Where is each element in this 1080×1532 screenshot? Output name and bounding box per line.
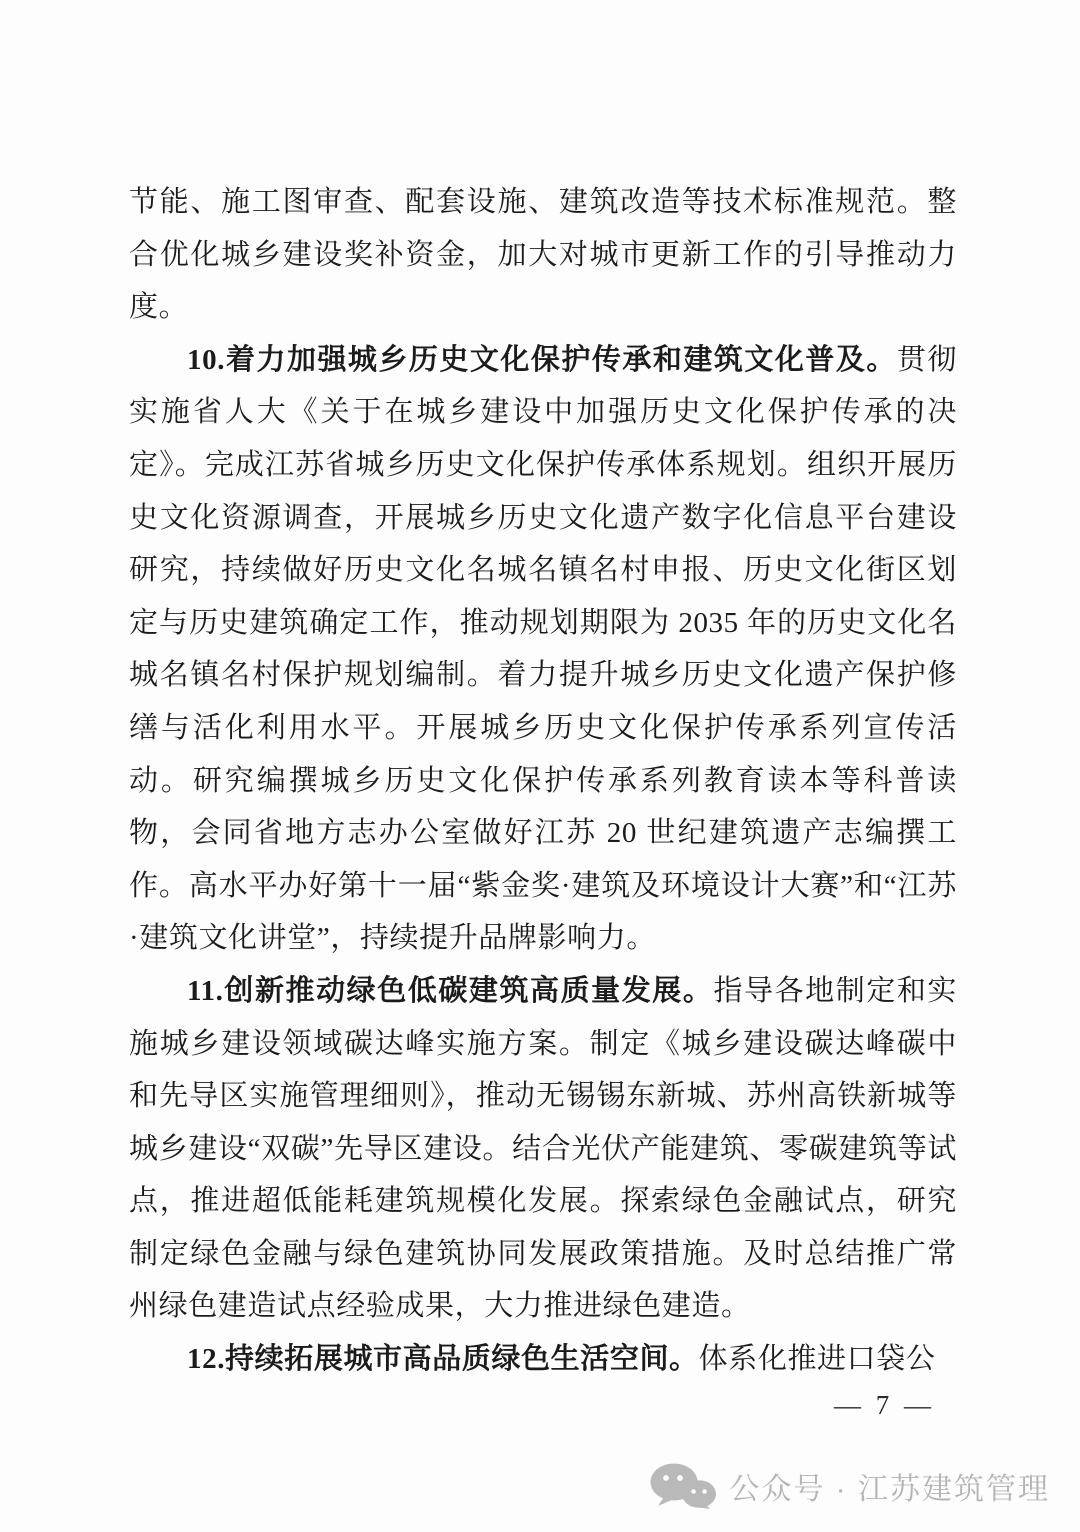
paragraph-text: 体系化推进口袋公 bbox=[699, 1343, 936, 1375]
paragraph-12-heading: 12.持续拓展城市高品质绿色生活空间。 bbox=[187, 1343, 699, 1375]
watermark-text: 公众号 · 江苏建筑管理 bbox=[729, 1464, 1050, 1508]
document-body: 节能、施工图审查、配套设施、建筑改造等技术标准规范。整合优化城乡建设奖补资金，加… bbox=[129, 176, 957, 1386]
wechat-icon bbox=[649, 1463, 717, 1509]
paragraph-text: 节能、施工图审查、配套设施、建筑改造等技术标准规范。整合优化城乡建设奖补资金，加… bbox=[129, 186, 957, 323]
paragraph-11: 11.创新推动绿色低碳建筑高质量发展。指导各地制定和实施城乡建设领域碳达峰实施方… bbox=[129, 965, 957, 1333]
paragraph-10-heading: 10.着力加强城乡历史文化保护传承和建筑文化普及。 bbox=[187, 344, 897, 376]
paragraph-11-heading: 11.创新推动绿色低碳建筑高质量发展。 bbox=[187, 975, 713, 1007]
paragraph-10: 10.着力加强城乡历史文化保护传承和建筑文化普及。贯彻实施省人大《关于在城乡建设… bbox=[129, 334, 957, 965]
page-number: — 7 — bbox=[834, 1390, 935, 1421]
paragraph-text: 贯彻实施省人大《关于在城乡建设中加强历史文化保护传承的决定》。完成江苏省城乡历史… bbox=[129, 344, 957, 955]
document-page: 节能、施工图审查、配套设施、建筑改造等技术标准规范。整合优化城乡建设奖补资金，加… bbox=[0, 0, 1080, 1532]
watermark: 公众号 · 江苏建筑管理 bbox=[649, 1462, 1050, 1510]
paragraph-text: 指导各地制定和实施城乡建设领域碳达峰实施方案。制定《城乡建设碳达峰碳中和先导区实… bbox=[129, 975, 957, 1323]
paragraph-12: 12.持续拓展城市高品质绿色生活空间。体系化推进口袋公 bbox=[129, 1333, 957, 1386]
paragraph-continuation: 节能、施工图审查、配套设施、建筑改造等技术标准规范。整合优化城乡建设奖补资金，加… bbox=[129, 176, 957, 334]
